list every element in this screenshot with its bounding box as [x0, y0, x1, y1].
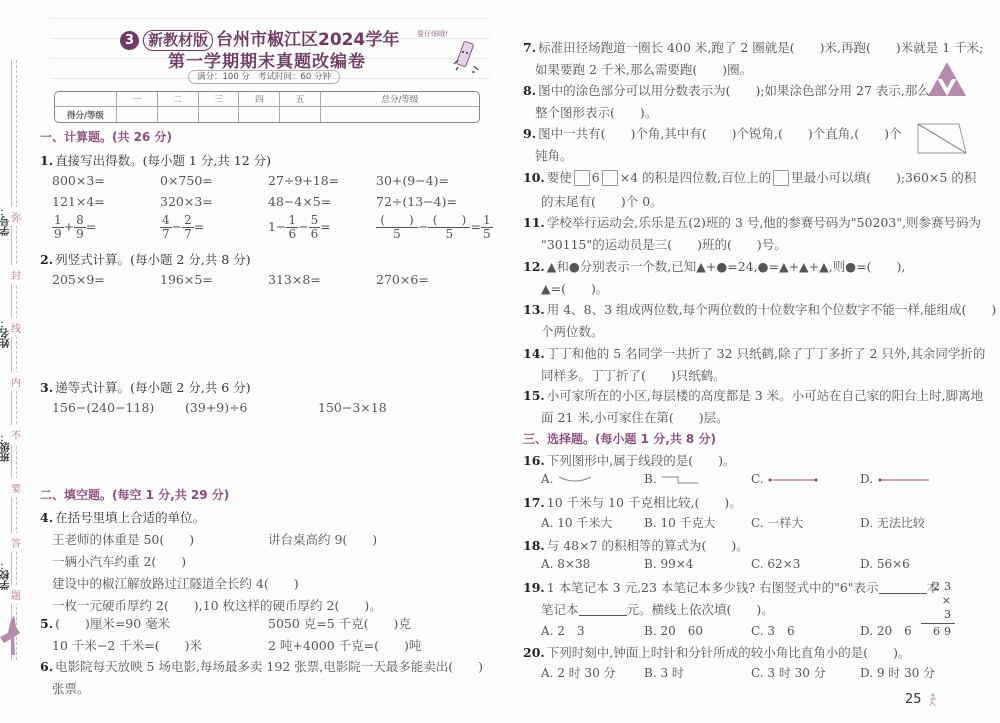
exam-time: 考试时间：60 分钟	[258, 72, 331, 82]
q1-item: 121×4=	[52, 194, 105, 209]
shaded-triangle-figure	[928, 62, 966, 96]
seal-char: 封	[11, 265, 21, 284]
question-8: 8.图中的涂色部分可以用分数表示为( );如果涂色部分用 27 表示,那么	[523, 81, 930, 99]
score-col-total: 总分/等级	[321, 92, 479, 107]
q5-line: 10 千米−2 千米=( )米	[52, 636, 202, 654]
question-20: 20.下列时刻中,钟面上时针和分针所成的较小角比直角小的是( )。	[523, 643, 910, 661]
q10-line2: 的末尾有( )个 0。	[541, 192, 663, 210]
title-line2: 第一学期期末真题改编卷	[168, 47, 366, 72]
option-b[interactable]: B. 20 60	[644, 622, 703, 639]
runner-icon	[928, 693, 938, 707]
q14-line2: 同样多。丁丁折了( )只纸鹤。	[541, 366, 726, 384]
q7-line2: 如果要跑 2 千米,那么需要跑( )圈。	[535, 60, 752, 78]
option-b[interactable]: B. 10 千克大	[644, 514, 716, 531]
question-15: 15.小可家所在的小区,每层楼的高度都是 3 米。小可站在自己家的阳台上时,脚离…	[523, 386, 983, 404]
seal-dotted-line	[16, 60, 17, 660]
q1-item: 30+(9−4)=	[376, 173, 449, 188]
q4-line: 一辆小汽车约重 2( )	[52, 552, 186, 570]
score-cell[interactable]	[117, 107, 158, 122]
vertical-multiplication: 23 × 3 69	[921, 580, 955, 639]
q2-item: 205×9=	[52, 272, 105, 287]
q4-line: 王老师的体重是 50( )	[52, 530, 194, 548]
score-col-1: 一	[117, 92, 158, 107]
option-d[interactable]: D.	[860, 472, 929, 486]
q5-line: 5050 克=5 千克( )克	[268, 614, 411, 632]
seal-char: 内	[11, 372, 21, 391]
question-12: 12.▲和●分别表示一个数,已知▲+●=24,●=▲+▲+▲,则●=( ),	[523, 257, 905, 275]
seal-char: 答	[11, 533, 21, 552]
seal-char: 不	[11, 425, 21, 444]
seal-char: 要	[11, 478, 21, 497]
question-18: 18.与 48×7 的积相等的算式为( )。	[523, 536, 749, 554]
q6-line2: 张票。	[52, 679, 90, 697]
q1-item: 0×750=	[160, 173, 213, 188]
answer-underline[interactable]	[579, 604, 627, 616]
score-table: 一 二 三 四 五 总分/等级 得分/等级	[54, 91, 480, 123]
score-cell[interactable]	[158, 107, 199, 122]
option-b[interactable]: B. 99×4	[644, 557, 693, 571]
section1-heading: 一、计算题。(共 26 分)	[40, 128, 172, 145]
q2-item: 313×8=	[268, 272, 321, 287]
score-table-header: 一 二 三 四 五 总分/等级	[55, 92, 479, 107]
question-5: 5.( )厘米=90 毫米	[40, 614, 170, 632]
question-10: 10.要使6×4 的积是四位数,百位上的里最小可以填( );360×5 的积	[523, 168, 976, 186]
section2-heading: 二、填空题。(每空 1 分,共 29 分)	[40, 486, 229, 503]
q1-fraction-b: 47−27=	[160, 214, 204, 241]
question-9: 9.图中一共有( )个角,其中有( )个锐角,( )个直角,( )个	[523, 124, 902, 142]
q1-item: 800×3=	[52, 173, 105, 188]
score-row-label: 得分/等级	[55, 107, 117, 122]
question-1: 1.直接写出得数。(每小题 1 分,共 12 分)	[40, 151, 271, 169]
score-table-corner	[55, 92, 117, 107]
option-c[interactable]: C. 3 6	[751, 622, 795, 639]
q1-fraction-a: 19+89=	[52, 214, 96, 241]
full-score: 满分：100 分	[197, 72, 250, 82]
q1-item: 72÷(13−4)=	[376, 194, 457, 209]
option-d[interactable]: D. 无法比较	[860, 514, 925, 531]
seal-char: 弥	[11, 207, 21, 226]
q3-item: 156−(240−118)	[52, 400, 154, 415]
score-table-row: 得分/等级	[55, 107, 479, 122]
q4-line: 建设中的椒江解放路过江隧道全长约 4( )	[52, 574, 299, 592]
section3-heading: 三、选择题。(每小题 1 分,共 8 分)	[523, 430, 716, 447]
score-cell[interactable]	[280, 107, 321, 122]
digit-box[interactable]	[773, 170, 789, 186]
q5-line: 2 吨+4000 千克=( )吨	[268, 636, 421, 654]
ray-icon	[877, 475, 929, 485]
question-13: 13.用 4、8、3 组成两位数,每个两位数的十位数字和个位数字不能一样,能组成…	[523, 300, 996, 318]
q1-item: 320×3=	[160, 194, 213, 209]
exam-meta: 满分：100 分考试时间：60 分钟	[188, 70, 340, 84]
q12-line2: ▲=( )。	[541, 279, 608, 297]
option-a[interactable]: A. 10 千米大	[541, 514, 612, 531]
q1-item: 48−4×5=	[268, 194, 331, 209]
q4-line: 一枚一元硬币厚约 2( ),10 枚这样的硬币厚约 2( )。	[52, 596, 382, 614]
score-col-4: 四	[239, 92, 280, 107]
question-16: 16.下列图形中,属于线段的是( )。	[523, 451, 735, 469]
question-3: 3.递等式计算。(每小题 2 分,共 6 分)	[40, 378, 251, 396]
pencil-mascot-icon	[440, 28, 490, 78]
question-17: 17.10 千米与 10 千克相比较,( )。	[523, 493, 742, 511]
q2-item: 196×5=	[160, 272, 213, 287]
question-4: 4.在括号里填上合适的单位。	[40, 508, 205, 526]
trapezoid-figure	[917, 123, 967, 154]
question-11: 11.学校举行运动会,乐乐是五(2)班的 3 号,他的参赛号码为"50203",…	[523, 213, 981, 231]
q3-item: (39+9)÷6	[185, 400, 248, 415]
option-d[interactable]: D. 56×6	[860, 557, 910, 571]
score-cell[interactable]	[239, 107, 280, 122]
q2-item: 270×6=	[376, 272, 429, 287]
answer-underline[interactable]	[879, 582, 927, 594]
score-cell[interactable]	[321, 107, 479, 122]
q11-line2: "30115"的运动员是三( )班的( )号。	[541, 235, 787, 253]
option-c[interactable]: C. 3 时 30 分	[751, 664, 826, 681]
q19-line2: 笔记本元。横线上依次填( )。	[541, 600, 774, 618]
q8-line2: 整个图形表示( )。	[535, 103, 657, 121]
q9-line2: 钝角。	[535, 146, 573, 164]
option-b[interactable]: B. 3 时	[644, 664, 684, 681]
question-6: 6.电影院每天放映 5 场电影,每场最多卖 192 张票,电影院一天最多能卖出(…	[40, 657, 483, 675]
option-a[interactable]: A. 8×38	[541, 557, 590, 571]
seal-char: 题	[11, 585, 21, 604]
option-d[interactable]: D. 9 时 30 分	[860, 664, 935, 681]
option-c[interactable]: C.	[751, 472, 819, 486]
q1-fraction-c: 1−16−56=	[268, 214, 331, 241]
score-cell[interactable]	[199, 107, 240, 122]
digit-box[interactable]	[574, 170, 590, 186]
option-b[interactable]: B.	[644, 472, 700, 486]
option-d[interactable]: D. 20 6	[860, 622, 912, 639]
curve-line-icon	[557, 475, 593, 485]
score-col-5: 五	[280, 92, 321, 107]
option-c[interactable]: C. 一样大	[751, 514, 803, 531]
q15-line2: 面 21 米,小可家住在第( )层。	[541, 408, 729, 426]
score-col-2: 二	[158, 92, 199, 107]
question-7: 7.标准田径场跑道一圈长 400 米,跑了 2 圈就是( )米,再跑( )米就是…	[523, 38, 983, 56]
q1-item: 27÷9+18=	[268, 173, 339, 188]
option-c[interactable]: C. 62×3	[751, 557, 800, 571]
q3-item: 150−3×18	[318, 400, 387, 415]
q1-fraction-d: ( )5−( )5=15	[376, 214, 493, 241]
option-a[interactable]: A. 2 时 30 分	[541, 664, 616, 681]
line-segment-icon	[767, 475, 819, 485]
paper-number-badge: 3	[120, 31, 139, 50]
page-number: 25	[905, 692, 922, 707]
option-a[interactable]: A. 2 3	[541, 622, 585, 639]
option-a[interactable]: A.	[541, 472, 593, 486]
question-2: 2.列竖式计算。(每小题 2 分,共 8 分)	[40, 250, 251, 268]
digit-box[interactable]	[602, 170, 618, 186]
q4-line: 讲台桌高约 9( )	[268, 530, 377, 548]
question-19: 19.1 本笔记本 3 元,23 本笔记本多少钱? 右图竖式中的"6"表示本	[523, 578, 939, 596]
step-line-icon	[660, 475, 700, 485]
seal-char: 线	[11, 318, 21, 337]
q13-line2: 个两位数。	[541, 322, 604, 340]
score-col-3: 三	[199, 92, 240, 107]
mascot-decoration-icon	[0, 615, 20, 655]
question-14: 14.丁丁和他的 5 名同学一共折了 32 只纸鹤,除了丁丁多折了 2 只外,其…	[523, 344, 985, 362]
